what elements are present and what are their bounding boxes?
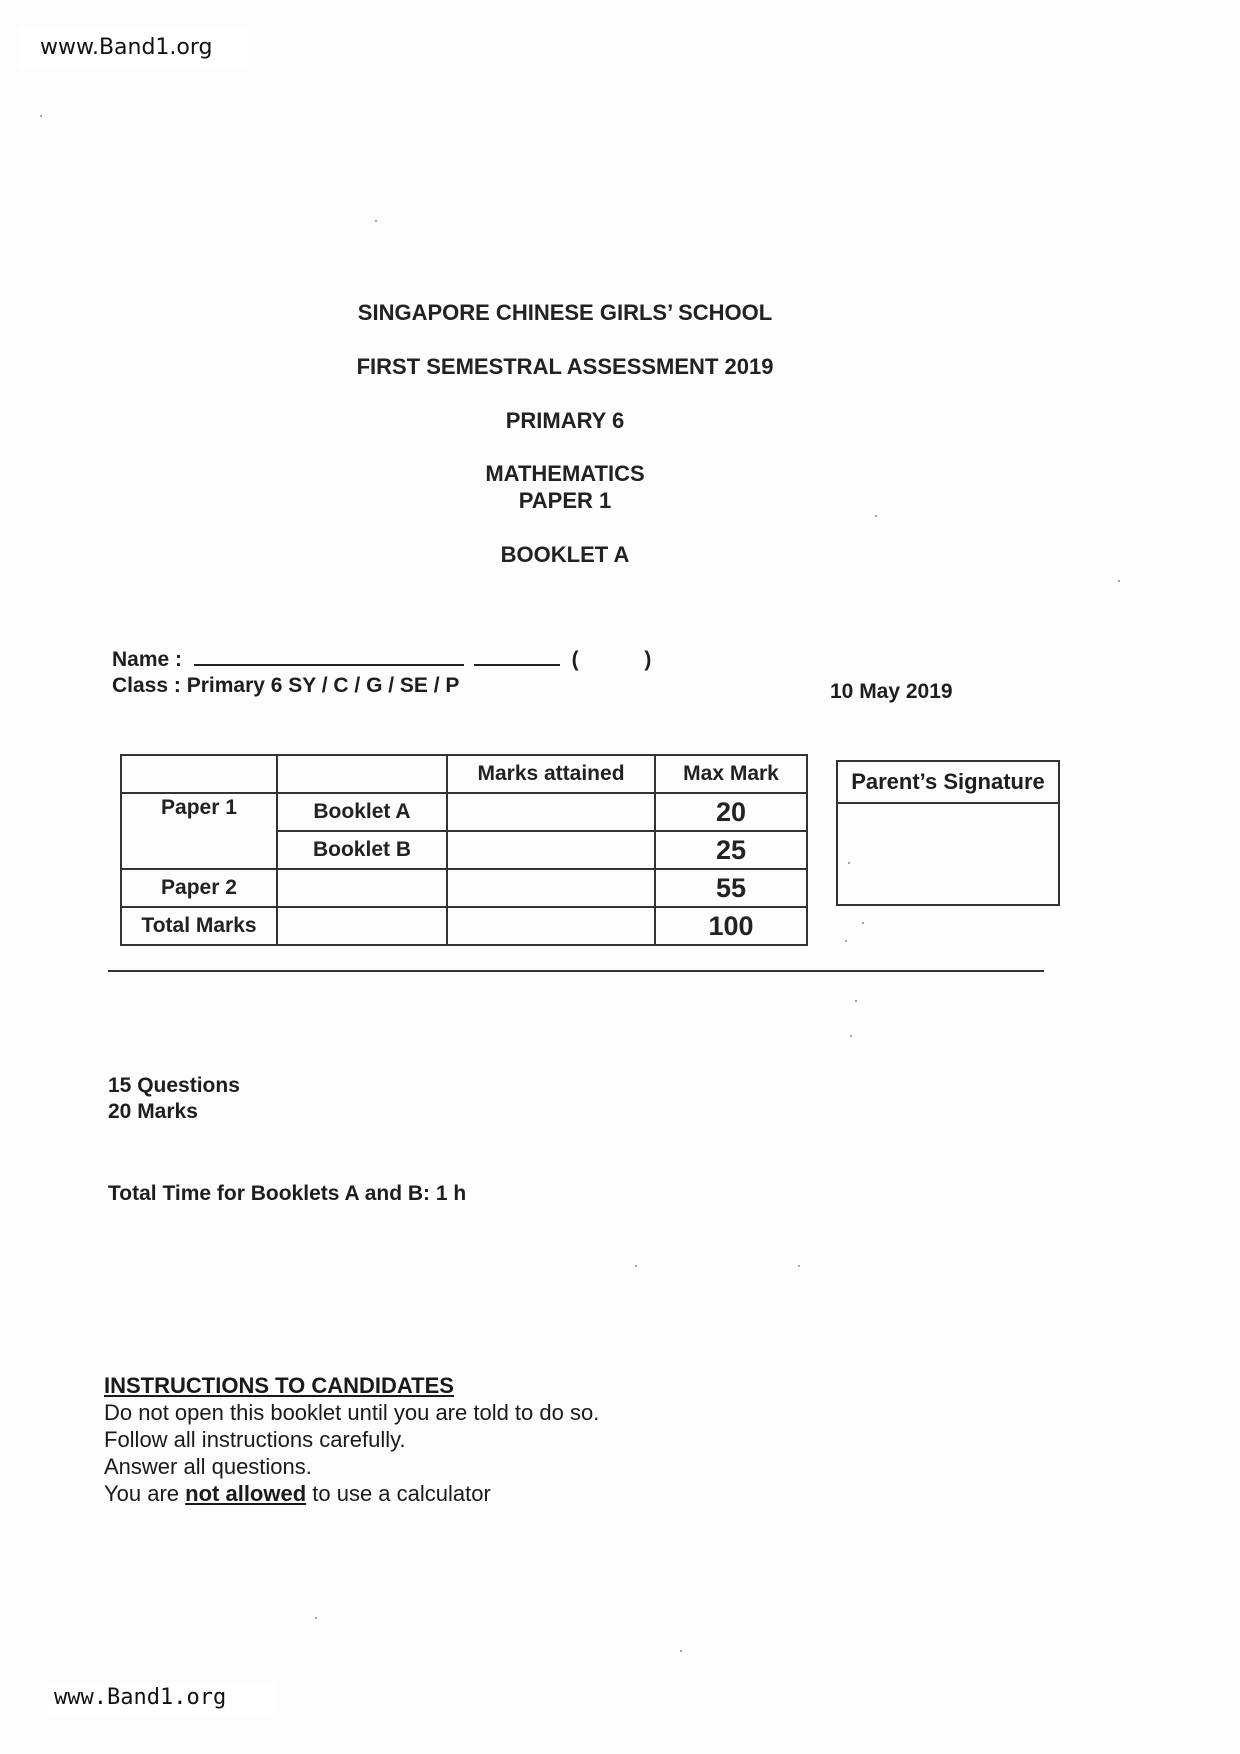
instruction-line: Do not open this booklet until you are t… (104, 1399, 599, 1426)
instruction-text: You are (104, 1481, 185, 1506)
scan-speck (862, 922, 864, 924)
booklet-label: BOOKLET A (0, 542, 1130, 568)
exam-date: 10 May 2019 (830, 680, 953, 704)
table-row: Total Marks 100 (121, 907, 807, 945)
paper-cell: Paper 2 (121, 869, 277, 907)
scan-speck (845, 940, 847, 942)
max-mark-cell: 55 (655, 869, 807, 907)
instruction-emphasis: not allowed (185, 1481, 306, 1506)
parent-signature-label: Parent’s Signature (838, 762, 1058, 804)
name-field[interactable] (194, 646, 464, 666)
header-cell (277, 755, 447, 793)
section-divider (108, 970, 1044, 972)
table-header-row: Marks attained Max Mark (121, 755, 807, 793)
max-mark-cell: 100 (655, 907, 807, 945)
table-row: Paper 1 Booklet A 20 (121, 793, 807, 831)
scan-speck (635, 1265, 637, 1267)
booklet-cell: Booklet B (277, 831, 447, 869)
paper-cell: Total Marks (121, 907, 277, 945)
scan-speck (40, 115, 42, 117)
scan-speck (680, 1650, 682, 1652)
instruction-line: You are not allowed to use a calculator (104, 1480, 599, 1507)
table-row: Paper 2 55 (121, 869, 807, 907)
name-field-extension[interactable] (474, 646, 560, 666)
booklet-cell (277, 907, 447, 945)
booklet-cell: Booklet A (277, 793, 447, 831)
school-name: SINGAPORE CHINESE GIRLS’ SCHOOL (0, 300, 1130, 326)
assessment-title: FIRST SEMESTRAL ASSESSMENT 2019 (0, 354, 1130, 380)
instructions-title: INSTRUCTIONS TO CANDIDATES (104, 1372, 599, 1399)
name-label: Name : (112, 648, 182, 671)
scan-speck (875, 515, 877, 517)
marks-attained-cell[interactable] (447, 869, 655, 907)
scan-speck (798, 1265, 800, 1267)
register-number-open: ( (572, 648, 579, 671)
question-count: 15 Questions (108, 1074, 240, 1098)
scan-speck (850, 1035, 852, 1037)
scan-speck (375, 220, 377, 222)
watermark-bottom: www.Band1.org (48, 1682, 276, 1714)
total-marks: 20 Marks (108, 1100, 198, 1124)
class-line: Class : Primary 6 SY / C / G / SE / P (112, 674, 459, 698)
scan-speck (1118, 580, 1120, 582)
header-max-mark: Max Mark (655, 755, 807, 793)
paper-cell: Paper 1 (121, 793, 277, 869)
instruction-line: Answer all questions. (104, 1453, 599, 1480)
scan-speck (315, 1617, 317, 1619)
scan-speck (848, 862, 850, 864)
instructions: INSTRUCTIONS TO CANDIDATES Do not open t… (104, 1372, 599, 1507)
header-cell (121, 755, 277, 793)
marks-attained-cell[interactable] (447, 831, 655, 869)
instruction-line: Follow all instructions carefully. (104, 1426, 599, 1453)
marks-attained-cell[interactable] (447, 793, 655, 831)
total-time: Total Time for Booklets A and B: 1 h (108, 1182, 466, 1206)
parent-signature-field[interactable] (838, 804, 1058, 904)
parent-signature-box: Parent’s Signature (836, 760, 1060, 906)
watermark-top: www.Band1.org (20, 28, 248, 68)
instruction-text: to use a calculator (306, 1481, 491, 1506)
name-row: Name : ( ) (112, 646, 651, 672)
booklet-cell (277, 869, 447, 907)
level: PRIMARY 6 (0, 408, 1130, 434)
max-mark-cell: 25 (655, 831, 807, 869)
marks-attained-cell[interactable] (447, 907, 655, 945)
register-number-close: ) (644, 648, 651, 671)
scan-speck (855, 1000, 857, 1002)
header-marks-attained: Marks attained (447, 755, 655, 793)
marks-table: Marks attained Max Mark Paper 1 Booklet … (120, 754, 808, 946)
paper-number: PAPER 1 (0, 488, 1130, 514)
subject: MATHEMATICS (0, 461, 1130, 487)
max-mark-cell: 20 (655, 793, 807, 831)
